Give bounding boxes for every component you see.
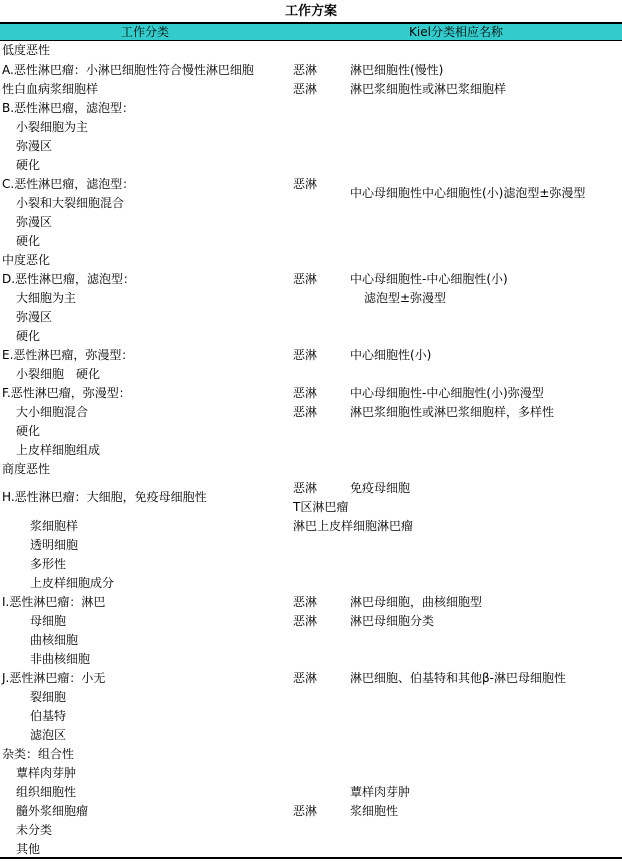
working-classification-cell: 上皮样细胞组成 [16,441,100,460]
table-row: 商度恶性 [0,460,622,479]
table-row: 硬化 [0,422,622,441]
working-classification-cell: 大细胞为主 [16,289,76,308]
table-row: 性白血病浆细胞样恶淋淋巴浆细胞性或淋巴浆细胞样 [0,80,622,99]
table-header: 工作分类 Kiel分类相应名称 [0,22,622,41]
category-cell: 恶淋 [293,593,317,612]
header-working-classification: 工作分类 [0,24,290,40]
category-cell: 恶淋 [293,384,317,403]
table-row: F.恶性淋巴瘤，弥漫型：恶淋中心母细胞性-中心细胞性(小)弥漫型 [0,384,622,403]
category-cell: T区淋巴瘤 [293,498,348,517]
working-classification-cell: D.恶性淋巴瘤，滤泡型： [2,270,135,289]
working-classification-cell: 上皮样细胞成分 [30,574,114,593]
table-row: 浆细胞样淋巴上皮样细胞淋巴瘤 [0,517,622,536]
category-cell: 恶淋 [293,80,317,99]
table-row: 组织细胞性蕈样肉芽肿 [0,783,622,802]
table-row: I.恶性淋巴瘤：淋巴恶淋淋巴母细胞，曲核细胞型 [0,593,622,612]
working-classification-cell: 弥漫区 [16,137,52,156]
working-classification-cell: 硬化 [16,327,40,346]
table-row: J.恶性淋巴瘤：小无恶淋淋巴细胞、伯基特和其他β-淋巴母细胞性 [0,669,622,688]
working-classification-cell: 裂细胞 [30,688,66,707]
category-cell: 恶淋 [293,346,317,365]
kiel-name-cell: 淋巴母细胞，曲核细胞型 [350,593,482,612]
category-cell: 恶淋 [293,802,317,821]
kiel-name-cell: 淋巴母细胞分类 [350,612,434,631]
working-classification-cell: 组织细胞性 [16,783,76,802]
category-cell: 恶淋 [293,403,317,422]
table-row: 硬化 [0,327,622,346]
working-classification-cell: 硬化 [16,156,40,175]
working-classification-cell: 浆细胞样 [30,517,78,536]
table-row: 蕈样肉芽肿 [0,764,622,783]
working-classification-cell: 性白血病浆细胞样 [2,80,98,99]
table-row: A.恶性淋巴瘤：小淋巴细胞性符合慢性淋巴细胞恶淋淋巴细胞性(慢性) [0,61,622,80]
working-classification-cell: F.恶性淋巴瘤，弥漫型： [2,384,131,403]
kiel-name-cell: 浆细胞性 [350,802,398,821]
kiel-name-cell: 中心母细胞性-中心细胞性(小) [350,270,508,289]
category-cell: 恶淋 [293,612,317,631]
category-cell: 恶淋 [293,270,317,289]
table-row: 上皮样细胞成分 [0,574,622,593]
table-row: 非曲核细胞 [0,650,622,669]
kiel-name-cell: 淋巴浆细胞性或淋巴浆细胞样 [350,80,506,99]
working-classification-cell: 伯基特 [30,707,66,726]
page-title: 工作方案 [0,0,622,22]
working-classification-cell: 弥漫区 [16,308,52,327]
table-row: E.恶性淋巴瘤，弥漫型：恶淋中心细胞性(小) [0,346,622,365]
table-row: 滤泡区 [0,726,622,745]
working-classification-cell: 杂类：组合性 [2,745,74,764]
table-row: 弥漫区 [0,213,622,232]
working-classification-cell: 中度恶化 [2,251,50,270]
table-row: 上皮样细胞组成 [0,441,622,460]
working-classification-cell: 弥漫区 [16,213,52,232]
working-classification-cell: 硬化 [16,422,40,441]
table-row: 大细胞为主滤泡型±弥漫型 [0,289,622,308]
working-classification-cell: 低度恶性 [2,41,50,60]
working-classification-cell: 硬化 [16,232,40,251]
working-classification-cell: 小裂细胞为主 [16,118,88,137]
working-classification-cell: 蕈样肉芽肿 [16,764,76,783]
table-row: 小裂细胞 硬化 [0,365,622,384]
table-row: 中度恶化 [0,251,622,270]
table-row: B.恶性淋巴瘤，滤泡型： [0,99,622,118]
kiel-name-cell: 中心母细胞性-中心细胞性(小)弥漫型 [350,384,544,403]
table-row: 母细胞恶淋淋巴母细胞分类 [0,612,622,631]
working-classification-cell: 曲核细胞 [30,631,78,650]
kiel-name-cell: 蕈样肉芽肿 [350,783,410,802]
working-classification-cell: 髓外浆细胞瘤 [16,802,88,821]
working-classification-cell: 非曲核细胞 [30,650,90,669]
bottom-rule [0,857,622,859]
working-classification-cell: A.恶性淋巴瘤：小淋巴细胞性符合慢性淋巴细胞 [2,61,254,80]
working-classification-cell: E.恶性淋巴瘤，弥漫型： [2,346,133,365]
table-row: 透明细胞 [0,536,622,555]
table-row: 弥漫区 [0,308,622,327]
working-classification-cell: 滤泡区 [30,726,66,745]
table-row: 未分类 [0,821,622,840]
category-cell: 恶淋 [293,61,317,80]
working-classification-cell: 小裂和大裂细胞混合 [16,194,124,213]
working-classification-cell: B.恶性淋巴瘤，滤泡型： [2,99,134,118]
kiel-name-cell: 滤泡型±弥漫型 [364,289,446,308]
table-row: 弥漫区 [0,137,622,156]
table-row: D.恶性淋巴瘤，滤泡型：恶淋中心母细胞性-中心细胞性(小) [0,270,622,289]
table-row: 伯基特 [0,707,622,726]
table-row: 硬化 [0,156,622,175]
table-row: T区淋巴瘤 [0,498,622,517]
table-row: 曲核细胞 [0,631,622,650]
table-row: 硬化 [0,232,622,251]
table-row: 髓外浆细胞瘤恶淋浆细胞性 [0,802,622,821]
category-cell: 恶淋 [293,669,317,688]
kiel-name-cell: 淋巴细胞性(慢性) [350,61,443,80]
table-row: 多形性 [0,555,622,574]
kiel-name-cell: 中心细胞性(小) [350,346,431,365]
header-kiel-classification: Kiel分类相应名称 [290,24,622,40]
working-classification-cell: 未分类 [16,821,52,840]
working-classification-cell: 大小细胞混合 [16,403,88,422]
table-row: 小裂细胞为主 [0,118,622,137]
working-classification-cell: J.恶性淋巴瘤：小无 [2,669,105,688]
working-classification-cell: 透明细胞 [30,536,78,555]
kiel-name-cell: 淋巴浆细胞性或淋巴浆细胞样，多样性 [350,403,554,422]
working-classification-cell: 母细胞 [30,612,66,631]
table-row: 大小细胞混合恶淋淋巴浆细胞性或淋巴浆细胞样，多样性 [0,403,622,422]
working-classification-cell: 商度恶性 [2,460,50,479]
table-row: 裂细胞 [0,688,622,707]
working-classification-cell: 小裂细胞 硬化 [16,365,100,384]
table-row: 小裂和大裂细胞混合 [0,194,622,213]
category-cell: 淋巴上皮样细胞淋巴瘤 [293,517,413,536]
table-row: 低度恶性 [0,41,622,60]
table-row: 杂类：组合性 [0,745,622,764]
working-classification-cell: 多形性 [30,555,66,574]
kiel-name-cell: 淋巴细胞、伯基特和其他β-淋巴母细胞性 [350,669,566,688]
working-classification-cell: I.恶性淋巴瘤：淋巴 [2,593,105,612]
